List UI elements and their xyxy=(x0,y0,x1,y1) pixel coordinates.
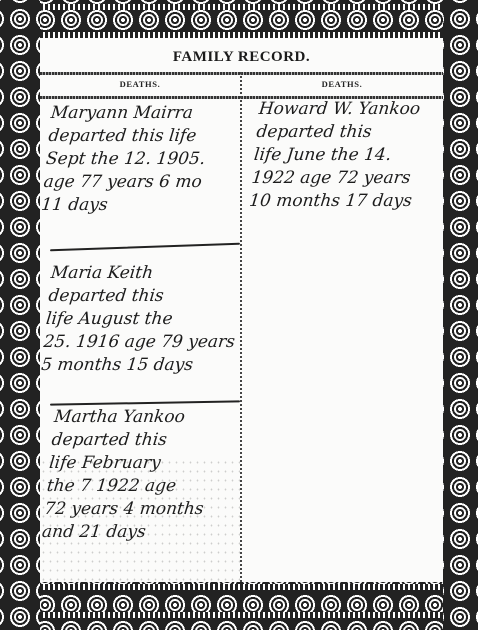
column-header-left: DEATHS. xyxy=(40,79,240,89)
record-sheet: FAMILY RECORD. DEATHS. DEATHS. Maryann M… xyxy=(40,38,443,582)
entry-line: departed this xyxy=(255,121,420,144)
ornamental-border-right xyxy=(443,0,478,630)
entry-line: departed this xyxy=(47,285,241,308)
entry-line: 11 days xyxy=(40,194,202,217)
entry-line: Maryann Mairra xyxy=(50,102,212,125)
fret-band xyxy=(40,612,443,618)
entry-line: Maria Keith xyxy=(50,262,244,285)
death-entry: Maria Keith departed this life August th… xyxy=(40,262,243,377)
entry-line: life June the 14. xyxy=(253,144,418,167)
ornamental-border-left xyxy=(0,0,40,630)
entry-line: 25. 1916 age 79 years xyxy=(42,331,236,354)
entry-line: departed this xyxy=(50,429,212,452)
entry-line: Sept the 12. 1905. xyxy=(45,148,207,171)
entry-separator-stroke xyxy=(50,243,240,252)
death-entry: Maryann Mairra departed this life Sept t… xyxy=(40,102,211,217)
entry-line: life August the xyxy=(45,308,239,331)
death-entry: Howard W. Yankoo departed this life June… xyxy=(248,98,423,213)
entry-line: Howard W. Yankoo xyxy=(258,98,423,121)
entry-separator-stroke xyxy=(50,400,240,405)
entry-line: 5 months 15 days xyxy=(40,354,234,377)
fret-band xyxy=(40,4,443,10)
entry-line: departed this life xyxy=(47,125,209,148)
entry-line: 10 months 17 days xyxy=(248,190,413,213)
fret-band xyxy=(40,584,443,590)
page-title: FAMILY RECORD. xyxy=(40,49,443,66)
entry-line: age 77 years 6 mo xyxy=(42,171,204,194)
paper-speckle xyxy=(40,458,240,582)
scan-margin xyxy=(478,0,487,630)
column-divider xyxy=(240,72,243,582)
entry-line: Martha Yankoo xyxy=(53,406,215,429)
column-header-right: DEATHS. xyxy=(241,79,443,89)
entry-line: 1922 age 72 years xyxy=(250,167,415,190)
record-page: FAMILY RECORD. DEATHS. DEATHS. Maryann M… xyxy=(0,0,478,630)
